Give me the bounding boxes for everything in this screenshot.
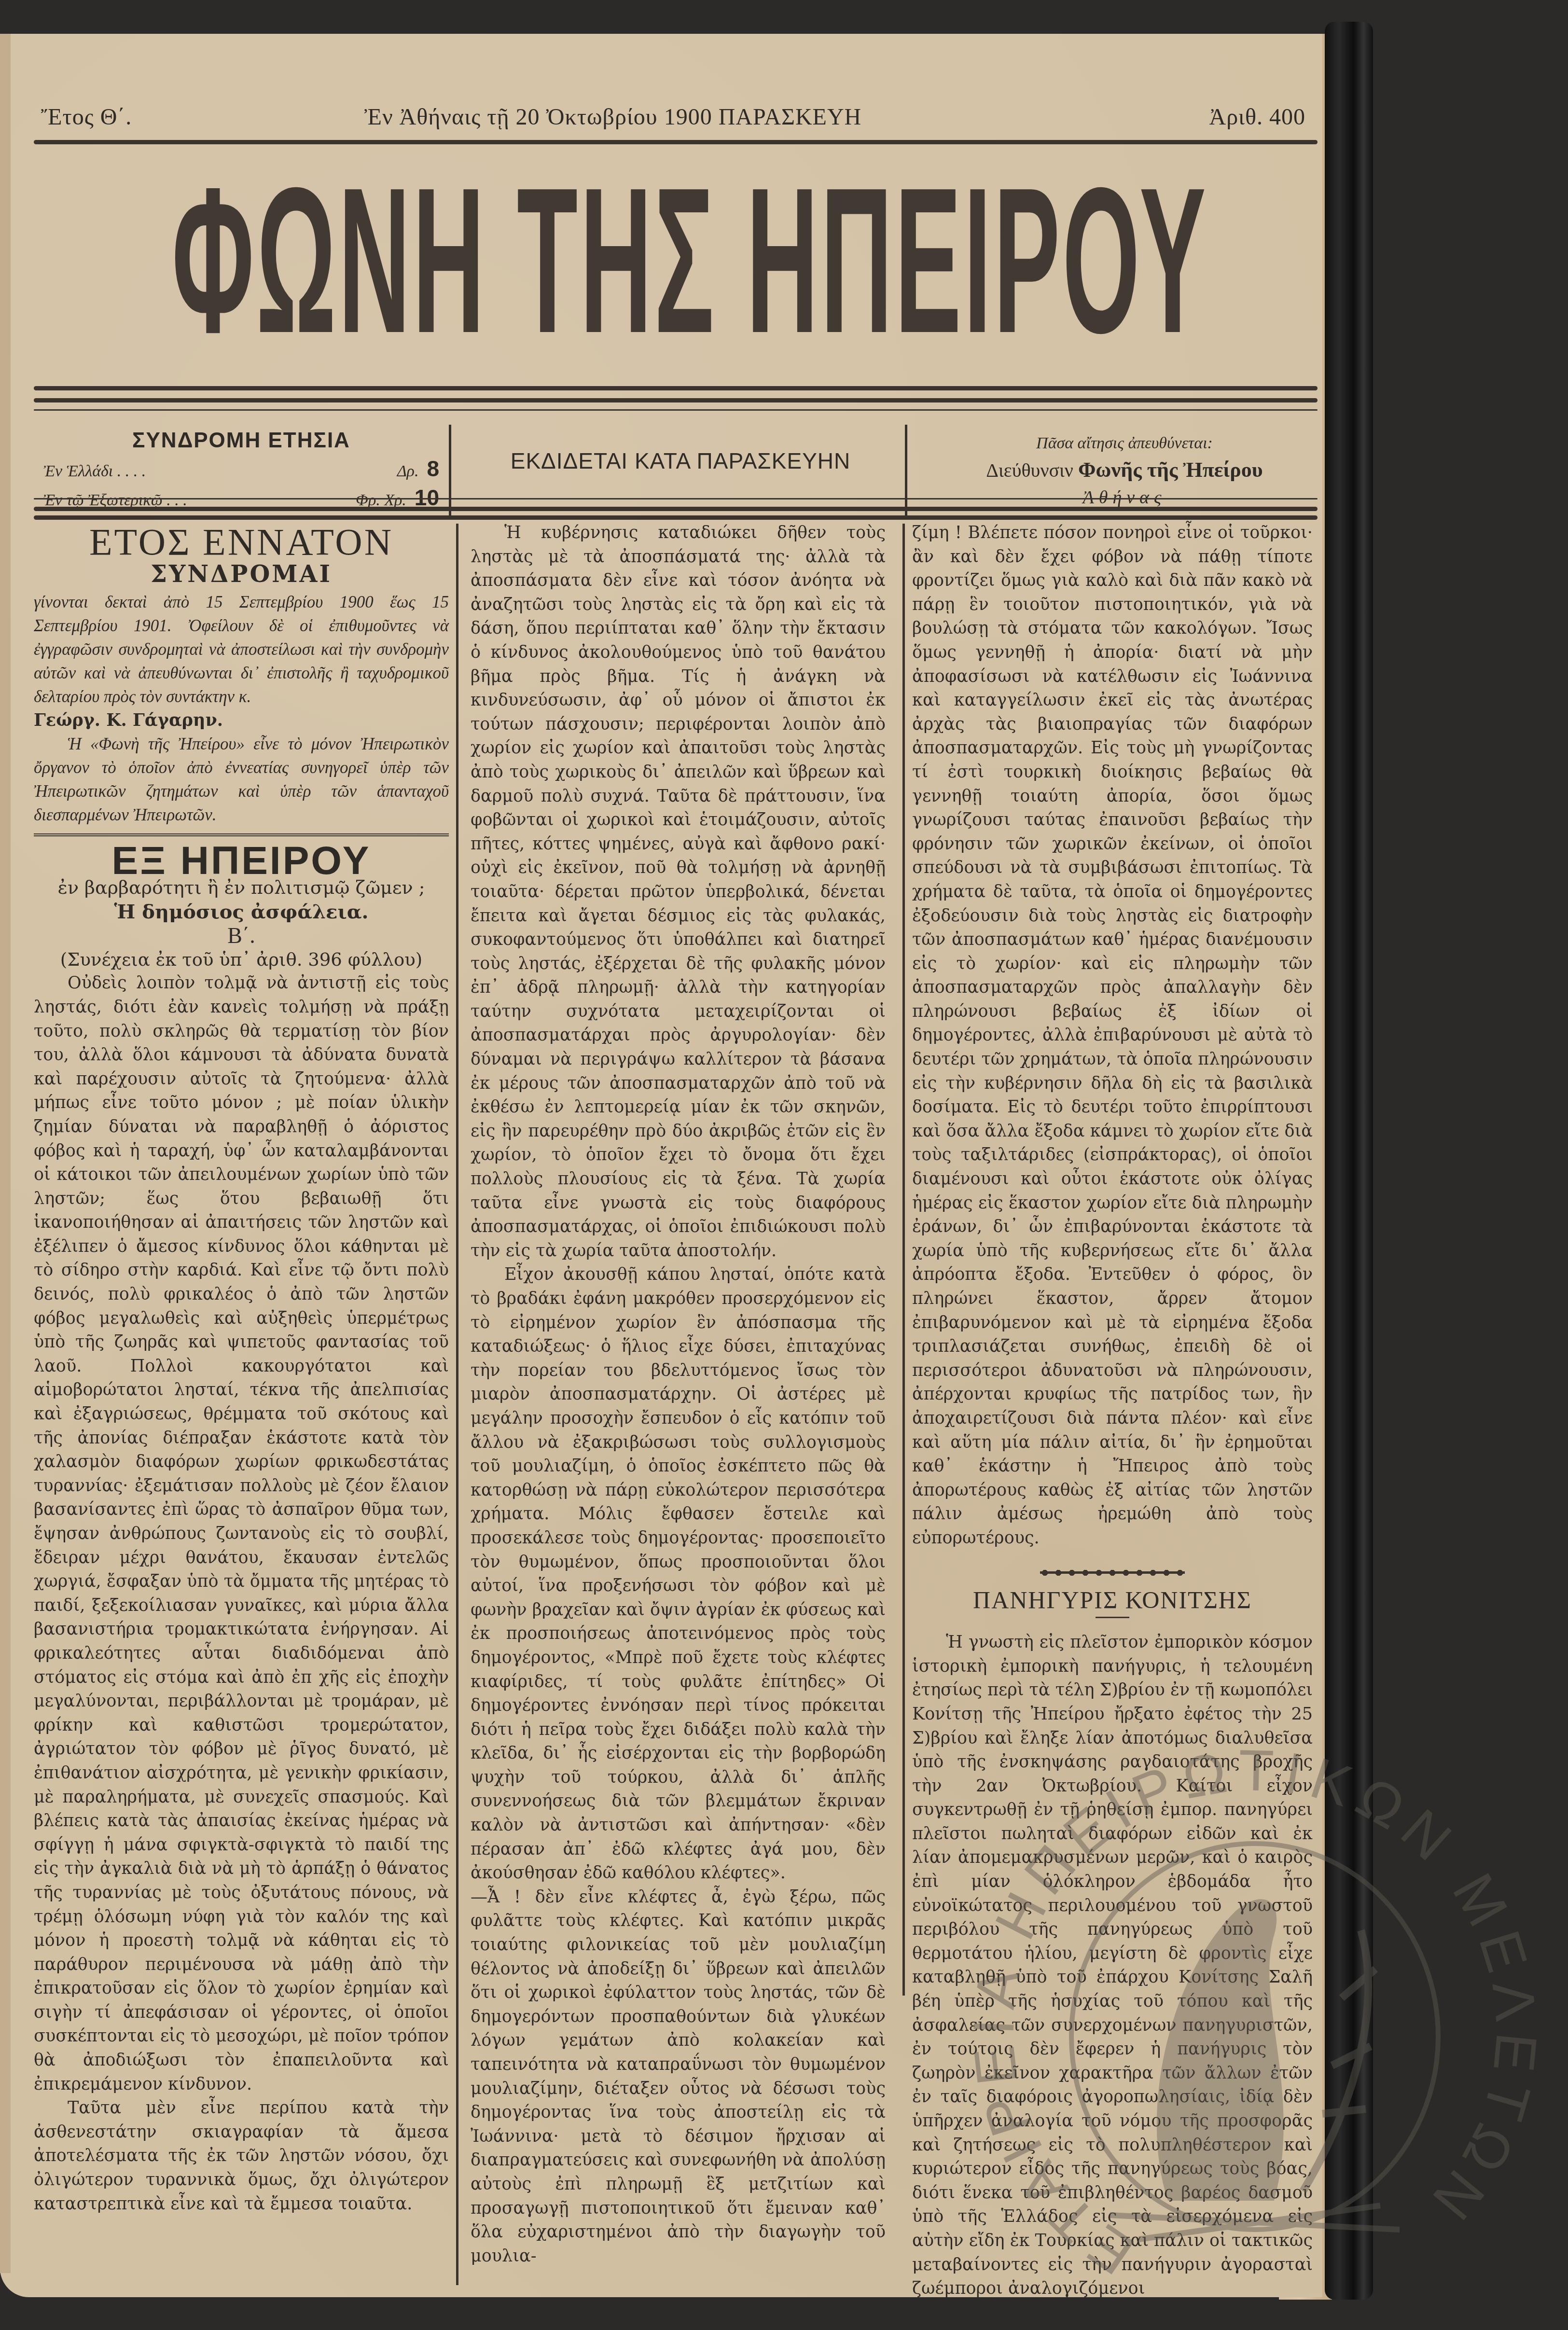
article-subtitle-bold: Ἡ δημόσιος ἀσφάλεια.	[34, 900, 449, 924]
subscription-amount: 8	[427, 456, 439, 481]
subscription-band: ΣΥΝΔΡΟΜΗ ΕΤΗΣΙΑ Ἐν Ἑλλάδι . . . . Δρ. 8 …	[34, 425, 1337, 516]
band-rule-top-2	[34, 398, 1318, 402]
column-divider	[902, 524, 905, 1996]
article-paragraph: Εἶχον ἀκουσθῇ κάπου λησταί, ὁπότε κατὰ τ…	[471, 1263, 886, 1885]
address-prefix: Διεύθυνσιν	[986, 459, 1073, 481]
band-rule-bottom-1	[34, 498, 1318, 499]
article-paragraph: Ταῦτα μὲν εἶνε περίπου κατὰ τὴν ἀσθενεστ…	[34, 2096, 449, 2216]
address-name: Φωνῆς τῆς Ἠπείρου	[1078, 458, 1263, 482]
article-paragraph: Ἡ γνωστὴ εἰς πλεῖστον ἐμπορικὸν κόσμον ἱ…	[912, 1631, 1313, 2301]
band-rule-top-1	[34, 386, 1318, 390]
issue-number: Ἀριθ. 400	[1209, 104, 1305, 130]
article-part-label: Β΄.	[34, 924, 449, 948]
band-divider	[905, 425, 907, 516]
publication-date: Ἐν Ἀθήναις τῇ 20 Ὀκτωβρίου 1900 ΠΑΡΑΣΚΕΥ…	[364, 104, 861, 130]
editor-name: Γεώργ. Κ. Γάγαρην.	[34, 710, 223, 730]
column-divider	[456, 524, 458, 2285]
page-left-edge	[0, 34, 11, 2273]
year-label: Ἔτος Θ΄.	[41, 104, 132, 130]
masthead-title: ΦΩΝΗ ΤΗΣ ΗΠΕΙΡΟΥ	[447, 154, 933, 367]
band-rule-bottom-2	[34, 507, 1318, 511]
notice-heading: ΕΤΟΣ ΕΝΝΑΤΟΝ	[34, 521, 449, 563]
notice-paragraph: Ἡ «Φωνὴ τῆς Ἠπείρου» εἶνε τὸ μόνον Ἠπειρ…	[34, 732, 449, 827]
article-paragraph: Οὐδεὶς λοιπὸν τολμᾷ νὰ ἀντιστῇ εἰς τοὺς …	[34, 971, 449, 2096]
band-rule-top-3	[34, 409, 1318, 411]
top-rule	[34, 140, 1318, 144]
subscription-currency: Δρ.	[397, 462, 419, 480]
band-divider	[449, 425, 451, 516]
address-line: Διεύθυνσιν Φωνῆς τῆς Ἠπείρου	[917, 458, 1332, 482]
article-paragraph: Ἡ κυβέρνησις καταδιώκει δῆθεν τοὺς ληστὰ…	[471, 521, 886, 1263]
subscription-label: Ἐν Ἑλλάδι . . . .	[43, 462, 146, 481]
dateline: Ἔτος Θ΄. Ἐν Ἀθήναις τῇ 20 Ὀκτωβρίου 1900…	[41, 104, 1305, 133]
address-intro: Πᾶσα αἴτησις ἀπευθύνεται:	[917, 434, 1332, 453]
notice-paragraph: γίνονται δεκταὶ ἀπὸ 15 Σεπτεμβρίου 1900 …	[34, 590, 449, 708]
article-paragraph: ζίμη ! Βλέπετε πόσον πονηροὶ εἶνε οἱ τοῦ…	[912, 521, 1313, 1551]
notice-subheading: ΣΥΝΔΡΟΜΑΙ	[34, 563, 449, 587]
column-left: ΕΤΟΣ ΕΝΝΑΤΟΝ ΣΥΝΔΡΟΜΑΙ γίνονται δεκταὶ ἀ…	[34, 521, 449, 2216]
subscription-row-domestic: Ἐν Ἑλλάδι . . . . Δρ. 8	[43, 456, 439, 482]
band-rule-bottom-3	[34, 515, 1318, 520]
article-paragraph: —Ἆ ! δὲν εἶνε κλέφτες ἆ, ἐγὼ ξέρω, πῶς φ…	[471, 1886, 886, 2269]
article-heading: ΕΞ ΗΠΕΙΡΟΥ	[34, 849, 449, 873]
article-subtitle: ἐν βαρβαρότητι ἢ ἐν πολιτισμῷ ζῶμεν ;	[34, 876, 449, 900]
subscription-notice: γίνονται δεκταὶ ἀπὸ 15 Σεπτεμβρίου 1900 …	[34, 590, 449, 827]
column-middle: Ἡ κυβέρνησις καταδιώκει δῆθεν τοὺς ληστὰ…	[471, 521, 886, 2268]
article-continuation-note: (Συνέχεια ἐκ τοῦ ὑπ᾽ ἀριθ. 396 φύλλου)	[34, 948, 449, 972]
address-city: Ἀθήνας	[917, 487, 1332, 508]
heading-underline	[1096, 1617, 1129, 1618]
subscription-box: ΣΥΝΔΡΟΜΗ ΕΤΗΣΙΑ Ἐν Ἑλλάδι . . . . Δρ. 8 …	[43, 425, 439, 520]
column-right: ζίμη ! Βλέπετε πόσον πονηροὶ εἶνε οἱ τοῦ…	[912, 521, 1313, 2301]
subscription-title: ΣΥΝΔΡΟΜΗ ΕΤΗΣΙΑ	[43, 429, 439, 453]
article-heading: ΠΑΝΗΓΥΡΙΣ ΚΟΝΙΤΣΗΣ	[912, 1588, 1313, 1612]
binder-cover	[1325, 22, 1373, 2300]
ornamental-divider	[1040, 1570, 1185, 1576]
